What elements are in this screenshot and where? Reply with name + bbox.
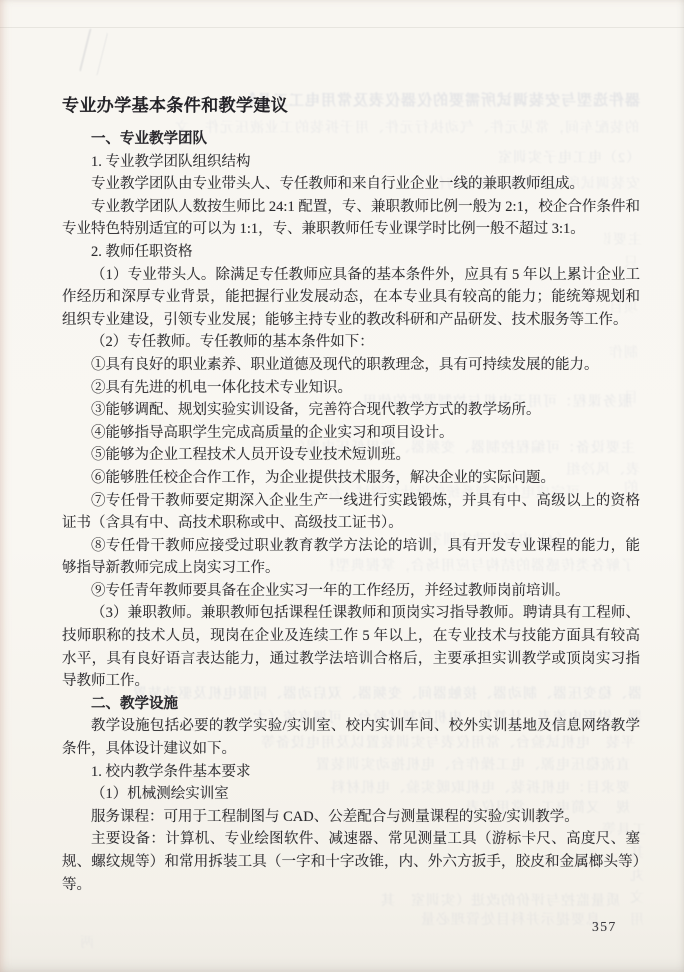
paragraph: 2. 教师任职资格 <box>62 241 640 264</box>
paragraph: 服务课程：可用于工程制图与 CAD、公差配合与测量课程的实验/实训教学。 <box>62 806 640 829</box>
paragraph: 专业教学团队由专业带头人、专任教师和来自行业企业一线的兼职教师组成。 <box>62 173 640 196</box>
paragraph: （1）机械测绘实训室 <box>62 783 640 806</box>
scan-crease-line <box>0 27 684 28</box>
document-body: 专业办学基本条件和教学建议 一、专业教学团队1. 专业教学团队组织结构专业教学团… <box>62 93 640 896</box>
paragraph: ④能够指导高职学生完成高质量的企业实习和项目设计。 <box>62 422 640 445</box>
paragraph: 主要设备：计算机、专业绘图软件、减速器、常见测量工具（游标卡尺、高度尺、塞规、螺… <box>62 828 640 896</box>
bleed-through-text: 息要提示并科目处管理必量 <box>300 912 600 930</box>
scanned-document-page: 器件选型与安装调试所需要的仪器仪表及常用电工工具等的装配车间，常见元件、气动执行… <box>0 0 684 972</box>
bleed-through-text: 两 <box>64 935 94 953</box>
paragraph: 教学设施包括必要的教学实验/实训室、校内实训车间、校外实训基地及信息网络教学条件… <box>62 715 640 760</box>
paragraph: 专业教学团队人数按生师比 24:1 配置，专、兼职教师比例一般为 2:1，校企合… <box>62 196 640 241</box>
paragraph: 1. 专业教学团队组织结构 <box>62 151 640 174</box>
paragraph: （2）专任教师。专任教师的基本条件如下： <box>62 331 640 354</box>
section-heading: 一、专业教学团队 <box>62 128 640 151</box>
paragraph: （3）兼职教师。兼职教师包括课程任课教师和顶岗实习指导教师。聘请具有工程师、技师… <box>62 602 640 692</box>
paragraph: ③能够调配、规划实验实训设备，完善符合现代教学方式的教学场所。 <box>62 399 640 422</box>
paragraph: ⑨专任青年教师要具备在企业实习一年的工作经历，并经过教师岗前培训。 <box>62 580 640 603</box>
paragraph: ①具有良好的职业素养、职业道德及现代的职教理念，具有可持续发展的能力。 <box>62 354 640 377</box>
paragraph: 1. 校内教学条件基本要求 <box>62 761 640 784</box>
page-number: 357 <box>592 919 617 935</box>
paragraph: ⑥能够胜任校企合作工作，为企业提供技术服务，解决企业的实际问题。 <box>62 467 640 490</box>
page-title: 专业办学基本条件和教学建议 <box>62 93 640 119</box>
paragraph: ⑦专任骨干教师要定期深入企业生产一线进行实践锻炼，并具有中、高级以上的资格证书（… <box>62 490 640 535</box>
section-heading: 二、教学设施 <box>62 693 640 716</box>
paragraph: （1）专业带头人。除满足专任教师应具备的基本条件外，应具有 5 年以上累计企业工… <box>62 264 640 332</box>
paragraph: ⑤能够为企业工程技术人员开设专业技术短训班。 <box>62 444 640 467</box>
pencil-mark <box>79 28 108 75</box>
paragraph: ⑧专任骨干教师应接受过职业教育教学方法论的培训，具有开发专业课程的能力，能够指导… <box>62 535 640 580</box>
paragraph: ②具有先进的机电一体化技术专业知识。 <box>62 377 640 400</box>
